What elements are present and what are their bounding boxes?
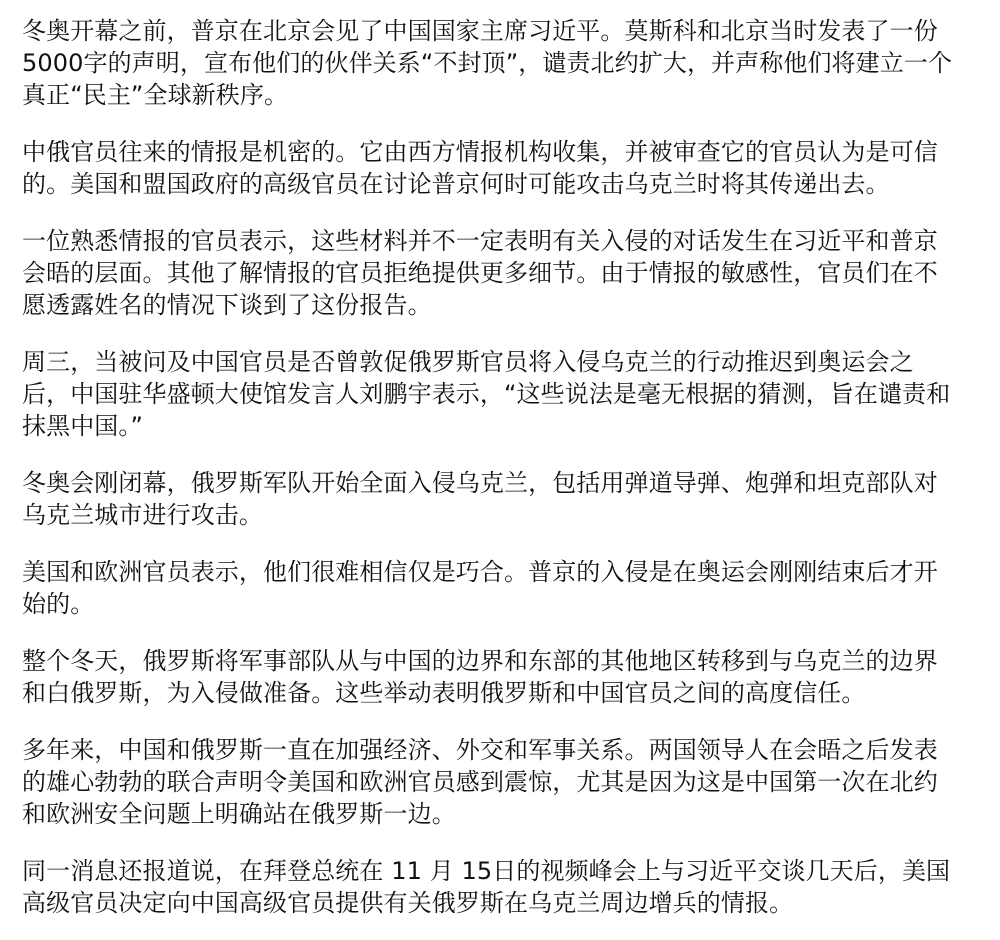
- text-line: 中俄官员往来的情报是机密的。它由西方情报机构收集，并被审查它的官员认为是可信: [22, 136, 992, 168]
- text-line: 的。美国和盟国政府的高级官员在讨论普京何时可能攻击乌克兰时将其传递出去。: [22, 168, 992, 200]
- text-line: 冬奥会刚闭幕，俄罗斯军队开始全面入侵乌克兰，包括用弹道导弹、炮弹和坦克部队对: [22, 467, 992, 499]
- paragraph-biden-summit: 同一消息还报道说，在拜登总统在 11 月 15日的视频峰会上与习近平交谈几天后，…: [22, 855, 992, 919]
- text-line: 的雄心勃勃的联合声明令美国和欧洲官员感到震惊，尤其是因为这是中国第一次在北约: [22, 766, 992, 798]
- paragraph-relations: 多年来，中国和俄罗斯一直在加强经济、外交和军事关系。两国领导人在会晤之后发表 的…: [22, 734, 992, 830]
- text-line: 冬奥开幕之前，普京在北京会见了中国国家主席习近平。莫斯科和北京当时发表了一份: [22, 15, 992, 47]
- paragraph-invasion-start: 冬奥会刚闭幕，俄罗斯军队开始全面入侵乌克兰，包括用弹道导弹、炮弹和坦克部队对 乌…: [22, 467, 992, 531]
- text-line: 真正“民主”全球新秩序。: [22, 79, 992, 111]
- text-line: 多年来，中国和俄罗斯一直在加强经济、外交和军事关系。两国领导人在会晤之后发表: [22, 734, 992, 766]
- paragraph-intelligence-classified: 中俄官员往来的情报是机密的。它由西方情报机构收集，并被审查它的官员认为是可信 的…: [22, 136, 992, 200]
- paragraph-official-source: 一位熟悉情报的官员表示，这些材料并不一定表明有关入侵的对话发生在习近平和普京 会…: [22, 225, 992, 321]
- paragraph-embassy-response: 周三，当被问及中国官员是否曾敦促俄罗斯官员将入侵乌克兰的行动推迟到奥运会之 后，…: [22, 346, 992, 442]
- text-line: 美国和欧洲官员表示，他们很难相信仅是巧合。普京的入侵是在奥运会刚刚结束后才开: [22, 556, 992, 588]
- paragraph-coincidence: 美国和欧洲官员表示，他们很难相信仅是巧合。普京的入侵是在奥运会刚刚结束后才开 始…: [22, 556, 992, 620]
- text-line: 始的。: [22, 588, 992, 620]
- text-line: 周三，当被问及中国官员是否曾敦促俄罗斯官员将入侵乌克兰的行动推迟到奥运会之: [22, 346, 992, 378]
- article-body: 冬奥开幕之前，普京在北京会见了中国国家主席习近平。莫斯科和北京当时发表了一份 5…: [22, 15, 992, 940]
- text-line: 整个冬天，俄罗斯将军事部队从与中国的边界和东部的其他地区转移到与乌克兰的边界: [22, 645, 992, 677]
- text-line: 后，中国驻华盛顿大使馆发言人刘鹏宇表示，“这些说法是毫无根据的猜测，旨在谴责和: [22, 378, 992, 410]
- text-line: 乌克兰城市进行攻击。: [22, 499, 992, 531]
- text-line: 和白俄罗斯，为入侵做准备。这些举动表明俄罗斯和中国官员之间的高度信任。: [22, 677, 992, 709]
- text-line: 会晤的层面。其他了解情报的官员拒绝提供更多细节。由于情报的敏感性，官员们在不: [22, 257, 992, 289]
- paragraph-putin-xi-meeting: 冬奥开幕之前，普京在北京会见了中国国家主席习近平。莫斯科和北京当时发表了一份 5…: [22, 15, 992, 111]
- text-line: 抹黑中国。”: [22, 410, 992, 442]
- text-line: 和欧洲安全问题上明确站在俄罗斯一边。: [22, 798, 992, 830]
- text-line: 一位熟悉情报的官员表示，这些材料并不一定表明有关入侵的对话发生在习近平和普京: [22, 225, 992, 257]
- text-line: 同一消息还报道说，在拜登总统在 11 月 15日的视频峰会上与习近平交谈几天后，…: [22, 855, 992, 887]
- text-line: 5000字的声明，宣布他们的伙伴关系“不封顶”，谴责北约扩大，并声称他们将建立一…: [22, 47, 992, 79]
- text-line: 高级官员决定向中国高级官员提供有关俄罗斯在乌克兰周边增兵的情报。: [22, 887, 992, 919]
- paragraph-troop-movement: 整个冬天，俄罗斯将军事部队从与中国的边界和东部的其他地区转移到与乌克兰的边界 和…: [22, 645, 992, 709]
- text-line: 愿透露姓名的情况下谈到了这份报告。: [22, 289, 992, 321]
